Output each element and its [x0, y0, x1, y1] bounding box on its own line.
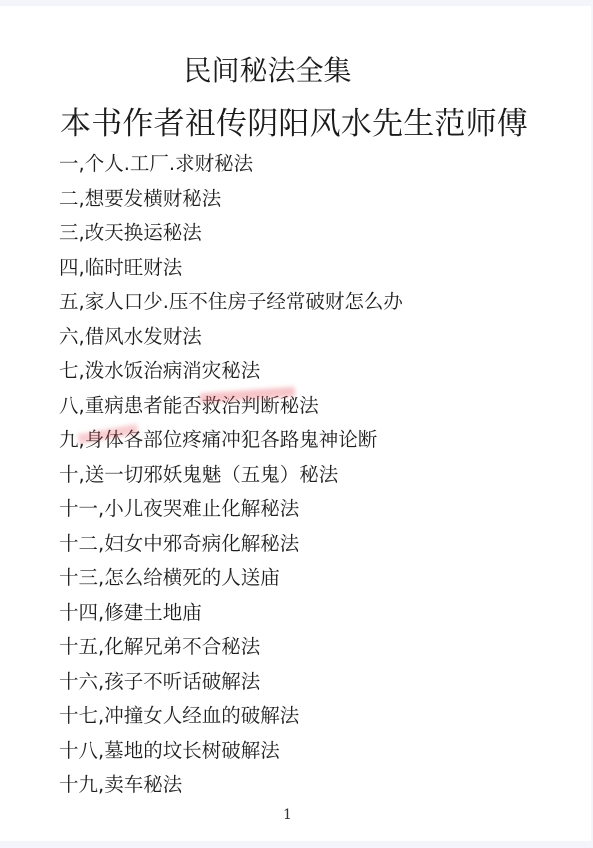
toc-item: 十九,卖车秘法 — [59, 768, 403, 803]
toc-item: 六,借风水发财法 — [59, 320, 403, 355]
toc-item: 十七,冲撞女人经血的破解法 — [59, 699, 403, 734]
toc-item: 三,改天换运秘法 — [59, 216, 403, 251]
toc-item: 十一,小儿夜哭难止化解秘法 — [59, 492, 403, 527]
toc-item: 十八,墓地的坟长树破解法 — [59, 734, 403, 769]
toc-item: 八,重病患者能否救治判断秘法 — [59, 389, 403, 424]
toc-item: 十六,孩子不听话破解法 — [59, 665, 403, 700]
toc-item: 一,个人.工厂.求财秘法 — [59, 147, 403, 182]
toc-item: 十五,化解兄弟不合秘法 — [59, 630, 403, 665]
toc-item: 二,想要发横财秘法 — [59, 182, 403, 217]
toc-item: 十四,修建土地庙 — [59, 596, 403, 631]
document-page: 民间秘法全集 本书作者祖传阴阳风水先生范师傅 一,个人.工厂.求财秘法 二,想要… — [0, 6, 591, 841]
page-number: 1 — [283, 806, 292, 824]
toc-item: 七,泼水饭治病消灾秘法 — [59, 354, 403, 389]
toc-item: 十三,怎么给横死的人送庙 — [59, 561, 403, 596]
toc-item: 五,家人口少.压不住房子经常破财怎么办 — [59, 285, 403, 320]
toc-item: 十,送一切邪妖鬼魅（五鬼）秘法 — [59, 458, 403, 493]
document-title: 民间秘法全集 — [0, 53, 535, 89]
table-of-contents: 一,个人.工厂.求财秘法 二,想要发横财秘法 三,改天换运秘法 四,临时旺财法 … — [59, 147, 403, 803]
toc-item: 四,临时旺财法 — [59, 251, 403, 286]
toc-item: 九,身体各部位疼痛冲犯各路鬼神论断 — [59, 423, 403, 458]
toc-item: 十二,妇女中邪奇病化解秘法 — [59, 527, 403, 562]
document-subtitle: 本书作者祖传阴阳风水先生范师傅 — [60, 104, 528, 144]
